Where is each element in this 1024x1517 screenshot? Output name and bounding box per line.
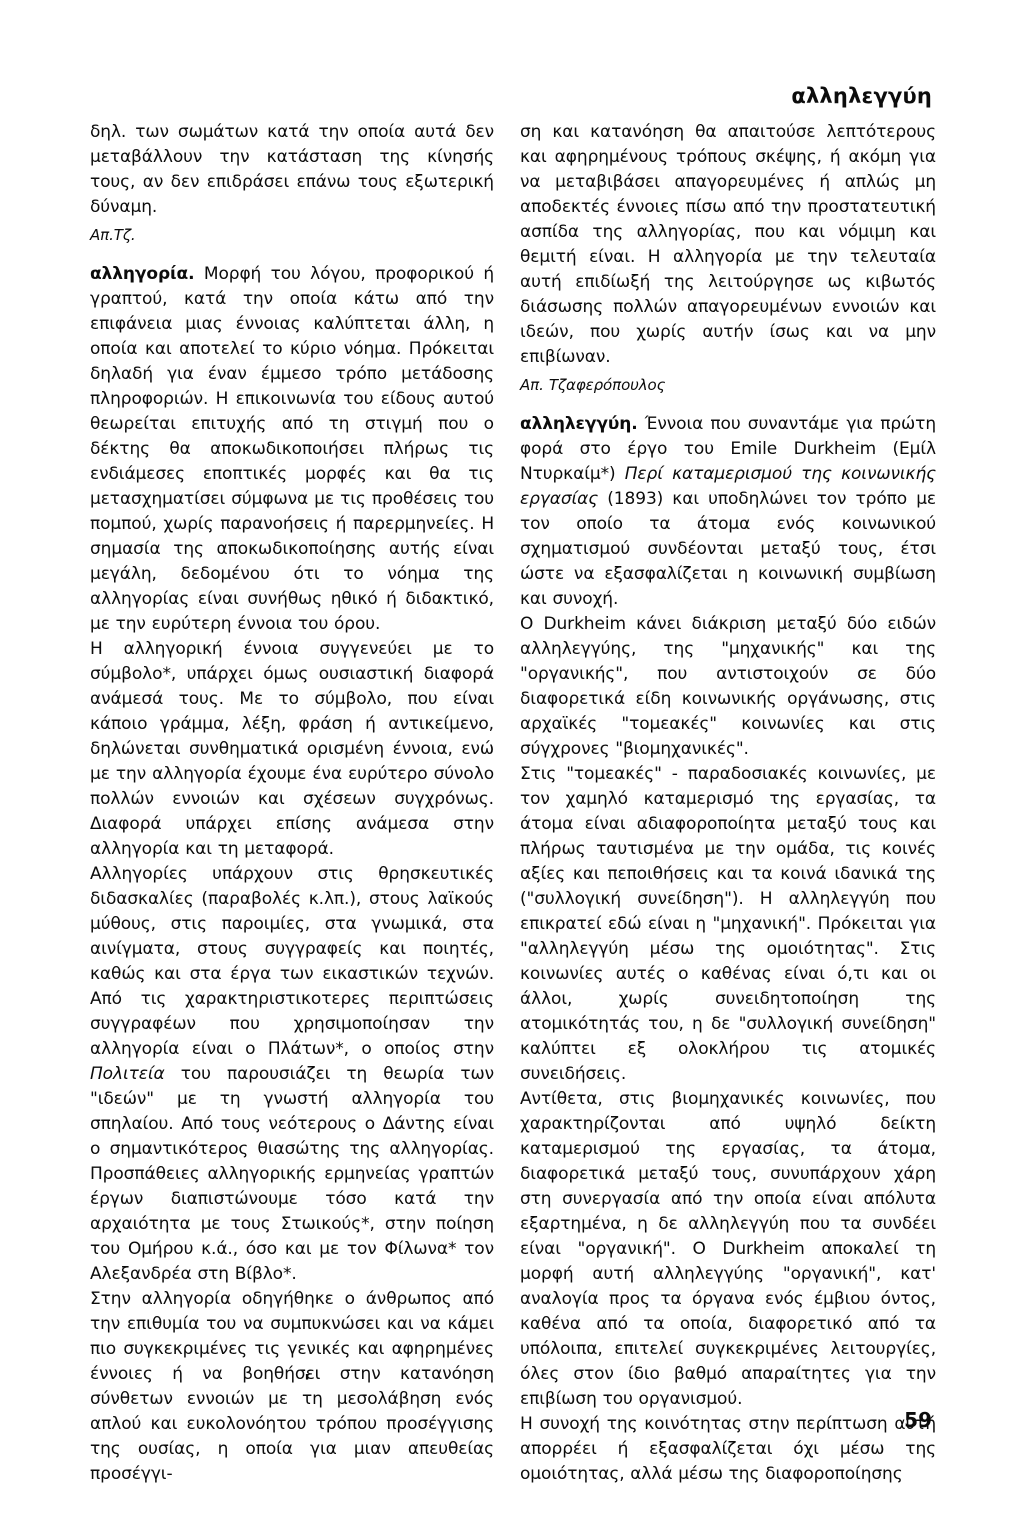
text-run: του παρουσιάζει τη θεωρία των "ιδεών" με… xyxy=(90,1064,494,1284)
stray-mark: ' xyxy=(304,1370,310,1394)
running-head: αλληλεγγύη xyxy=(791,84,932,108)
text-run: δηλ. των σωμάτων κατά την οποία αυτά δεν… xyxy=(90,122,494,217)
text-run: Πολιτεία xyxy=(90,1064,165,1084)
text-run: Αντίθετα, στις βιομηχανικές κοινωνίες, π… xyxy=(520,1089,936,1409)
entry-headword: αλληγορία. xyxy=(90,264,195,284)
text-run: Στην αλληγορία οδηγήθηκε ο άνθρωπος από … xyxy=(90,1289,494,1484)
text-run: Απ.Τζ. xyxy=(90,226,136,244)
text-run: Στις "τομεακές" - παραδοσιακές κοινωνίες… xyxy=(520,764,936,1084)
body-paragraph: Ο Durkheim κάνει διάκριση μεταξύ δύο ειδ… xyxy=(520,612,936,762)
body-paragraph: Στην αλληγορία οδηγήθηκε ο άνθρωπος από … xyxy=(90,1287,494,1487)
dictionary-page: αλληλεγγύη δηλ. των σωμάτων κατά την οπο… xyxy=(0,0,1024,1517)
signature-paragraph: Απ.Τζ. xyxy=(90,223,494,247)
column-right: ση και κατανόηση θα απαιτούσε λεπτότερου… xyxy=(520,120,936,1487)
body-paragraph: Η συνοχή της κοινότητας στην περίπτωση α… xyxy=(520,1412,936,1487)
text-run: Μορφή του λόγου, προφορικού ή γραπτού, κ… xyxy=(90,264,494,634)
entry-paragraph: αλληλεγγύη. Έννοια που συναντάμε για πρώ… xyxy=(520,412,936,612)
page-number: 59 xyxy=(904,1408,932,1432)
text-run: Ο Durkheim κάνει διάκριση μεταξύ δύο ειδ… xyxy=(520,614,936,759)
entry-headword: αλληλεγγύη. xyxy=(520,414,638,434)
body-paragraph: Στις "τομεακές" - παραδοσιακές κοινωνίες… xyxy=(520,762,936,1087)
text-run: Αλληγορίες υπάρχουν στις θρησκευτικές δι… xyxy=(90,864,494,1059)
continuation-paragraph: ση και κατανόηση θα απαιτούσε λεπτότερου… xyxy=(520,120,936,370)
text-columns: δηλ. των σωμάτων κατά την οποία αυτά δεν… xyxy=(90,120,936,1487)
entry-paragraph: αλληγορία. Μορφή του λόγου, προφορικού ή… xyxy=(90,262,494,637)
body-paragraph: Αλληγορίες υπάρχουν στις θρησκευτικές δι… xyxy=(90,862,494,1287)
text-run: ση και κατανόηση θα απαιτούσε λεπτότερου… xyxy=(520,122,936,367)
text-run: Η αλληγορική έννοια συγγενεύει με το σύμ… xyxy=(90,639,494,859)
body-paragraph: Η αλληγορική έννοια συγγενεύει με το σύμ… xyxy=(90,637,494,862)
body-paragraph: Αντίθετα, στις βιομηχανικές κοινωνίες, π… xyxy=(520,1087,936,1412)
column-left: δηλ. των σωμάτων κατά την οποία αυτά δεν… xyxy=(90,120,494,1487)
text-run: Η συνοχή της κοινότητας στην περίπτωση α… xyxy=(520,1414,936,1484)
continuation-paragraph: δηλ. των σωμάτων κατά την οποία αυτά δεν… xyxy=(90,120,494,220)
text-run: Απ. Τζαφερόπουλος xyxy=(520,376,665,394)
signature-paragraph: Απ. Τζαφερόπουλος xyxy=(520,373,936,397)
